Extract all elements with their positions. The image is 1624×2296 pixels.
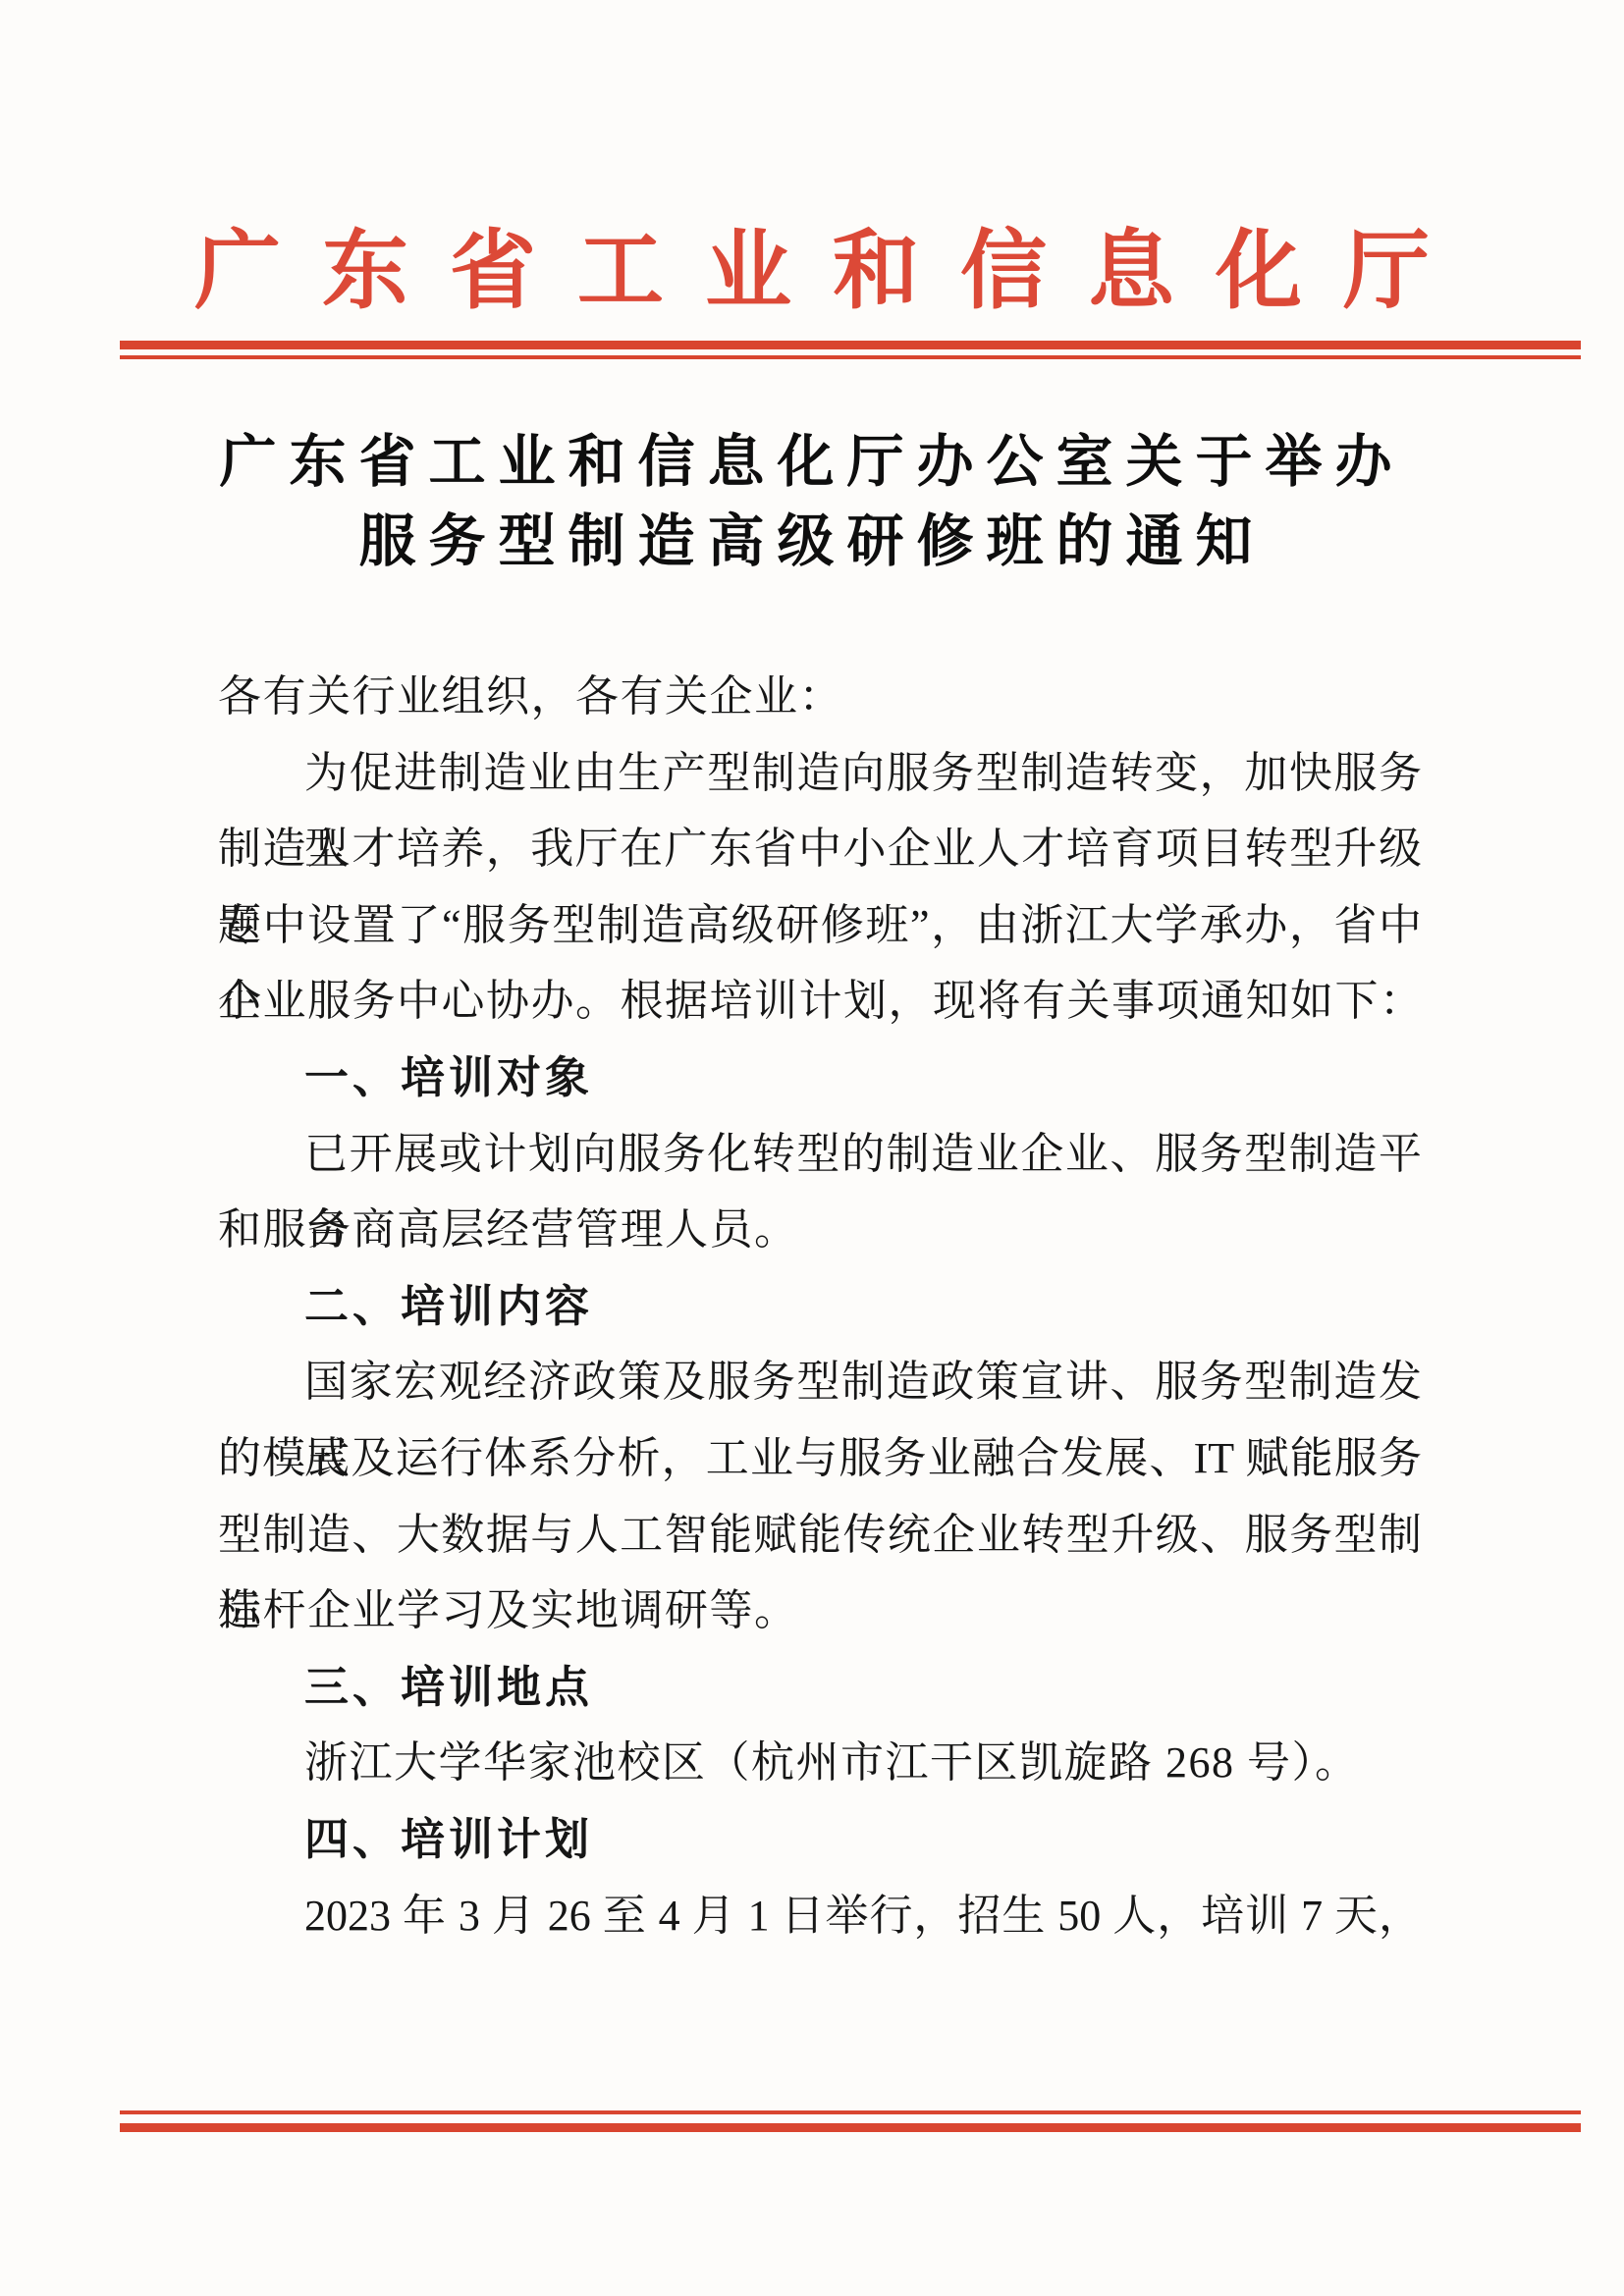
body-line: 浙江大学华家池校区（杭州市江干区凯旋路 268 号）。 [218, 1725, 1422, 1801]
body-line: 国家宏观经济政策及服务型制造政策宣讲、服务型制造发展 [218, 1344, 1422, 1420]
document-page: 广东省工业和信息化厅 广东省工业和信息化厅办公室关于举办 服务型制造高级研修班的… [0, 0, 1624, 2296]
body-line: 各有关行业组织，各有关企业： [218, 659, 1422, 735]
body-line: 型制造、大数据与人工智能赋能传统企业转型升级、服务型制造 [218, 1497, 1422, 1574]
letterhead-org-name: 广东省工业和信息化厅 [0, 222, 1624, 324]
document-title-line2: 服务型制造高级研修班的通知 [0, 502, 1624, 581]
body-line: 企业服务中心协办。根据培训计划，现将有关事项通知如下： [218, 963, 1422, 1040]
section-heading: 四、培训计划 [218, 1801, 1422, 1878]
body-line: 制造人才培养，我厅在广东省中小企业人才培育项目转型升级专 [218, 811, 1422, 887]
document-body: 各有关行业组织，各有关企业：为促进制造业由生产型制造向服务型制造转变，加快服务型… [218, 659, 1422, 1953]
section-heading: 二、培训内容 [218, 1268, 1422, 1345]
section-heading: 一、培训对象 [218, 1040, 1422, 1116]
document-title-line1: 广东省工业和信息化厅办公室关于举办 [0, 422, 1624, 502]
body-line: 为促进制造业由生产型制造向服务型制造转变，加快服务型 [218, 735, 1422, 812]
body-line: 已开展或计划向服务化转型的制造业企业、服务型制造平台 [218, 1116, 1422, 1193]
document-title: 广东省工业和信息化厅办公室关于举办 服务型制造高级研修班的通知 [0, 422, 1624, 581]
body-line: 2023 年 3 月 26 至 4 月 1 日举行，招生 50 人，培训 7 天… [218, 1878, 1422, 1954]
section-heading: 三、培训地点 [218, 1649, 1422, 1726]
body-line: 的模式及运行体系分析，工业与服务业融合发展、IT 赋能服务 [218, 1420, 1422, 1497]
body-line: 题中设置了“服务型制造高级研修班”，由浙江大学承办，省中小 [218, 887, 1422, 964]
top-rule-thin [120, 355, 1581, 359]
bottom-rule-thin [120, 2110, 1581, 2114]
bottom-rule-thick [120, 2123, 1581, 2132]
body-line: 标杆企业学习及实地调研等。 [218, 1573, 1422, 1649]
body-line: 和服务商高层经营管理人员。 [218, 1192, 1422, 1268]
top-rule-thick [120, 341, 1581, 349]
